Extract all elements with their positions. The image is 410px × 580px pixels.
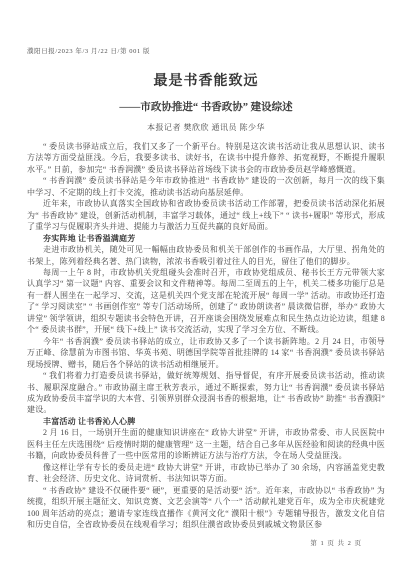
document-page: 濮阳日报/2023 年/3 月/22 日/第 001 版 最是书香能致远 ——市…: [0, 0, 410, 580]
article-subtitle: ——市政协推进“ 书香政协” 建设综述: [27, 99, 385, 114]
body-paragraph: 每周一上午 8 时，市政协机关党组碰头会准时召开，市政协党组成员、秘书长王方元带…: [27, 267, 385, 336]
body-paragraph: “ 书香润濮” 委员读书驿站是今年市政协推进“ 书香政协” 建设的一次创新，每月…: [27, 175, 385, 198]
article-byline: 本报记者 樊欣欣 通讯员 陈少华: [27, 122, 385, 133]
body-paragraph: 像这样让学有专长的委员走进“ 政协大讲堂” 开讲，市政协已举办了 30 余场，内…: [27, 462, 385, 485]
section-heading: 夯实阵地 让书香溢满庭芳: [27, 233, 385, 244]
article-body: “ 委员读书驿站成立后，我们又多了一个新平台。特别是这次读书活动让我从思想认识、…: [27, 141, 385, 530]
body-paragraph: 今年“ 书香润濮” 委员读书驿站的成立，让市政协又多了一个读书新阵地。2 月 2…: [27, 336, 385, 370]
page-number: 第 1 页 共 2 页: [27, 538, 385, 547]
body-paragraph: 2 月 16 日，一场别开生面的健康知识讲座在“ 政协大讲堂” 开讲，市政协常委…: [27, 427, 385, 461]
body-paragraph: “ 委员读书驿站成立后，我们又多了一个新平台。特别是这次读书活动让我从思想认识、…: [27, 141, 385, 175]
body-paragraph: 走进市政协机关，随处可见一幅幅由政协委员和机关干部创作的书画作品，大厅里、拐角处…: [27, 244, 385, 267]
body-paragraph: “ 我们将着力打造委员读书驿站，做好统筹规划、指导督促，有序开展委员读书活动，推…: [27, 370, 385, 416]
section-heading: 丰富活动 让书香沁人心脾: [27, 416, 385, 427]
body-paragraph: “ 书香政协” 建设不仅硬件要“ 硬”，更重要的是活动要“ 活”。近年来，市政协…: [27, 485, 385, 531]
body-paragraph: 近年来，市政协认真落实全国政协和省政协委员读书活动工作部署，把委员读书活动深化拓…: [27, 198, 385, 232]
newspaper-masthead: 濮阳日报/2023 年/3 月/22 日/第 001 版: [27, 46, 385, 55]
article-title: 最是书香能致远: [27, 70, 385, 90]
